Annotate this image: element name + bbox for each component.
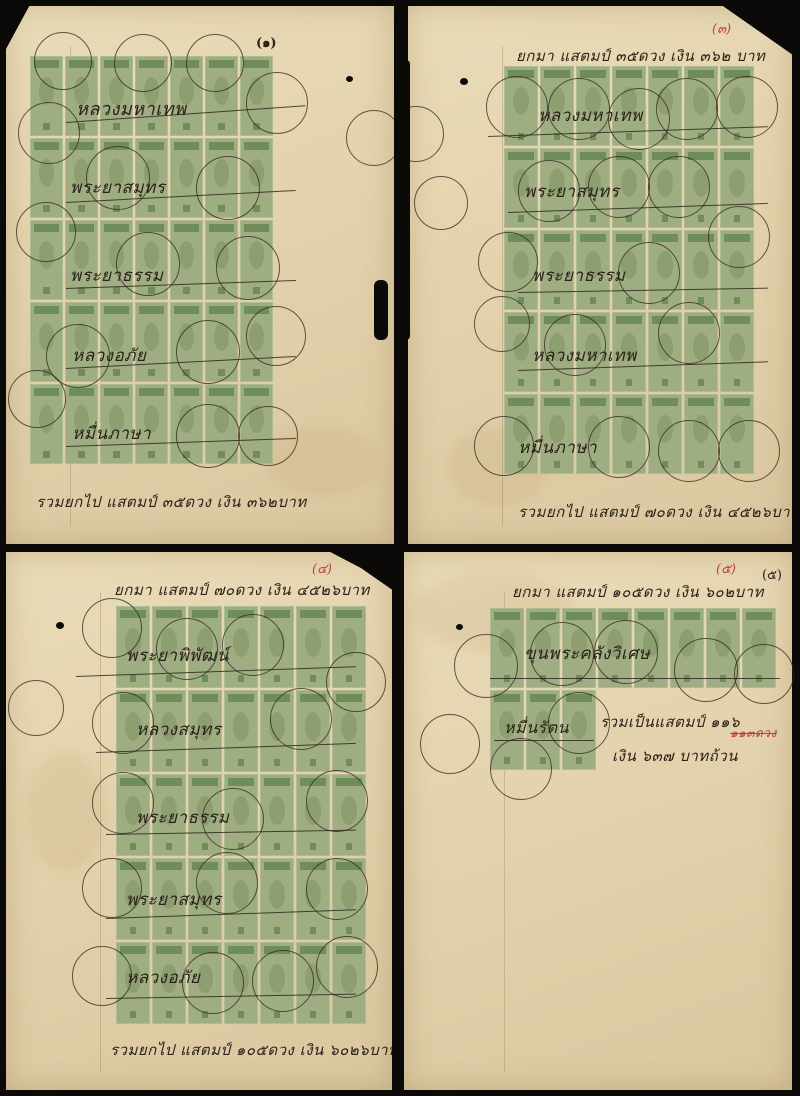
postmark (618, 242, 680, 304)
carry-forward-total: รวมยกไป แสตมป์ ๑๐๕ดวง เงิน ๖๐๒๖บาท (110, 1038, 399, 1062)
postmark (454, 634, 518, 698)
brought-forward-total: ยกมา แสตมป์ ๗๐ดวง เงิน ๔๕๒๖บาท (114, 578, 370, 602)
postmark (246, 72, 308, 134)
postmark (252, 950, 314, 1012)
revenue-stamp (224, 690, 258, 772)
signature: พระยาพิพัฒน์ (126, 642, 229, 669)
page-number-red: (๕) (716, 558, 736, 579)
postmark (16, 202, 76, 262)
punch-hole (456, 624, 463, 630)
postmark (420, 714, 480, 774)
signature: พระยาธรรม (532, 262, 625, 289)
document-page-2: (๓) ยกมา แสตมป์ ๓๕ดวง เงิน ๓๖๒ บาท (408, 6, 792, 544)
postmark (414, 176, 468, 230)
postmark (34, 32, 92, 90)
revenue-stamp (720, 312, 754, 392)
signature: พระยาธรรม (136, 804, 229, 831)
postmark (658, 302, 720, 364)
postmark (346, 110, 402, 166)
postmark (306, 770, 368, 832)
summary-stamp-count: รวมเป็นแสตมป์ ๑๑๖ (600, 710, 740, 734)
signature: หลวงสมุทร (136, 716, 221, 743)
page-number: (๑) (256, 32, 277, 53)
postmark (216, 236, 280, 300)
summary-struck-count: ๑๑๓ดวง (730, 724, 777, 743)
brought-forward-total: ยกมา แสตมป์ ๓๕ดวง เงิน ๓๖๒ บาท (516, 44, 765, 68)
postmark (196, 156, 260, 220)
postmark (8, 680, 64, 736)
brought-forward-total: ยกมา แสตมป์ ๑๐๕ดวง เงิน ๖๐๒บาท (512, 580, 764, 604)
punch-hole (56, 622, 64, 629)
postmark (478, 232, 538, 292)
postmark (588, 416, 650, 478)
postmark (222, 614, 284, 676)
page-tear (396, 60, 410, 340)
postmark (326, 652, 386, 712)
postmark (316, 936, 378, 998)
page-number: (๕) (762, 564, 782, 585)
postmark (176, 404, 240, 468)
carry-forward-total: รวมยกไป แสตมป์ ๗๐ดวง เงิน ๔๕๒๖บาท (518, 500, 800, 524)
page-tear (374, 280, 388, 340)
signature: พระยาสมุทร (126, 886, 221, 913)
postmark (674, 638, 738, 702)
postmark (18, 102, 80, 164)
postmark (734, 644, 794, 704)
signature: ขุนพระคลังวิเศษ (524, 640, 650, 667)
revenue-stamp (296, 606, 330, 688)
postmark (708, 206, 770, 268)
postmark (658, 420, 720, 482)
postmark (8, 370, 66, 428)
summary-amount: เงิน ๖๓๗ บาทถ้วน (612, 744, 738, 768)
document-page-3: (๔) ยกมา แสตมป์ ๗๐ดวง เงิน ๔๕๒๖บาท (6, 552, 392, 1090)
postmark (474, 296, 530, 352)
signature: หมื่นรัตน (504, 716, 569, 741)
revenue-stamp (260, 774, 294, 856)
page-number: (๔) (312, 558, 332, 579)
punch-hole (346, 76, 353, 82)
signature: พระยาสมุทร (524, 178, 619, 205)
postmark (238, 406, 298, 466)
signature: หลวงมหาเทพ (76, 94, 187, 123)
postmark (186, 34, 244, 92)
postmark (176, 320, 240, 384)
carry-forward-total: รวมยกไป แสตมป์ ๓๕ดวง เงิน ๓๖๒บาท (36, 490, 307, 514)
signature: หลวงมหาเทพ (538, 102, 643, 129)
postmark (490, 738, 552, 800)
postmark (114, 34, 172, 92)
signature: หลวงอภัย (126, 964, 200, 991)
punch-hole (460, 78, 468, 85)
signature: หลวงมหาเทพ (532, 342, 637, 369)
revenue-stamp (260, 858, 294, 940)
document-page-4: (๕) (๕) ยกมา แสตมป์ ๑๐๕ดวง เงิน ๖๐๒บาท ข… (404, 552, 792, 1090)
postmark (270, 688, 332, 750)
document-page-1: (๑) (6, 6, 394, 544)
signature: หมื่นภาษา (518, 434, 597, 461)
postmark (718, 420, 780, 482)
page-number: (๓) (712, 18, 731, 39)
postmark (648, 156, 710, 218)
